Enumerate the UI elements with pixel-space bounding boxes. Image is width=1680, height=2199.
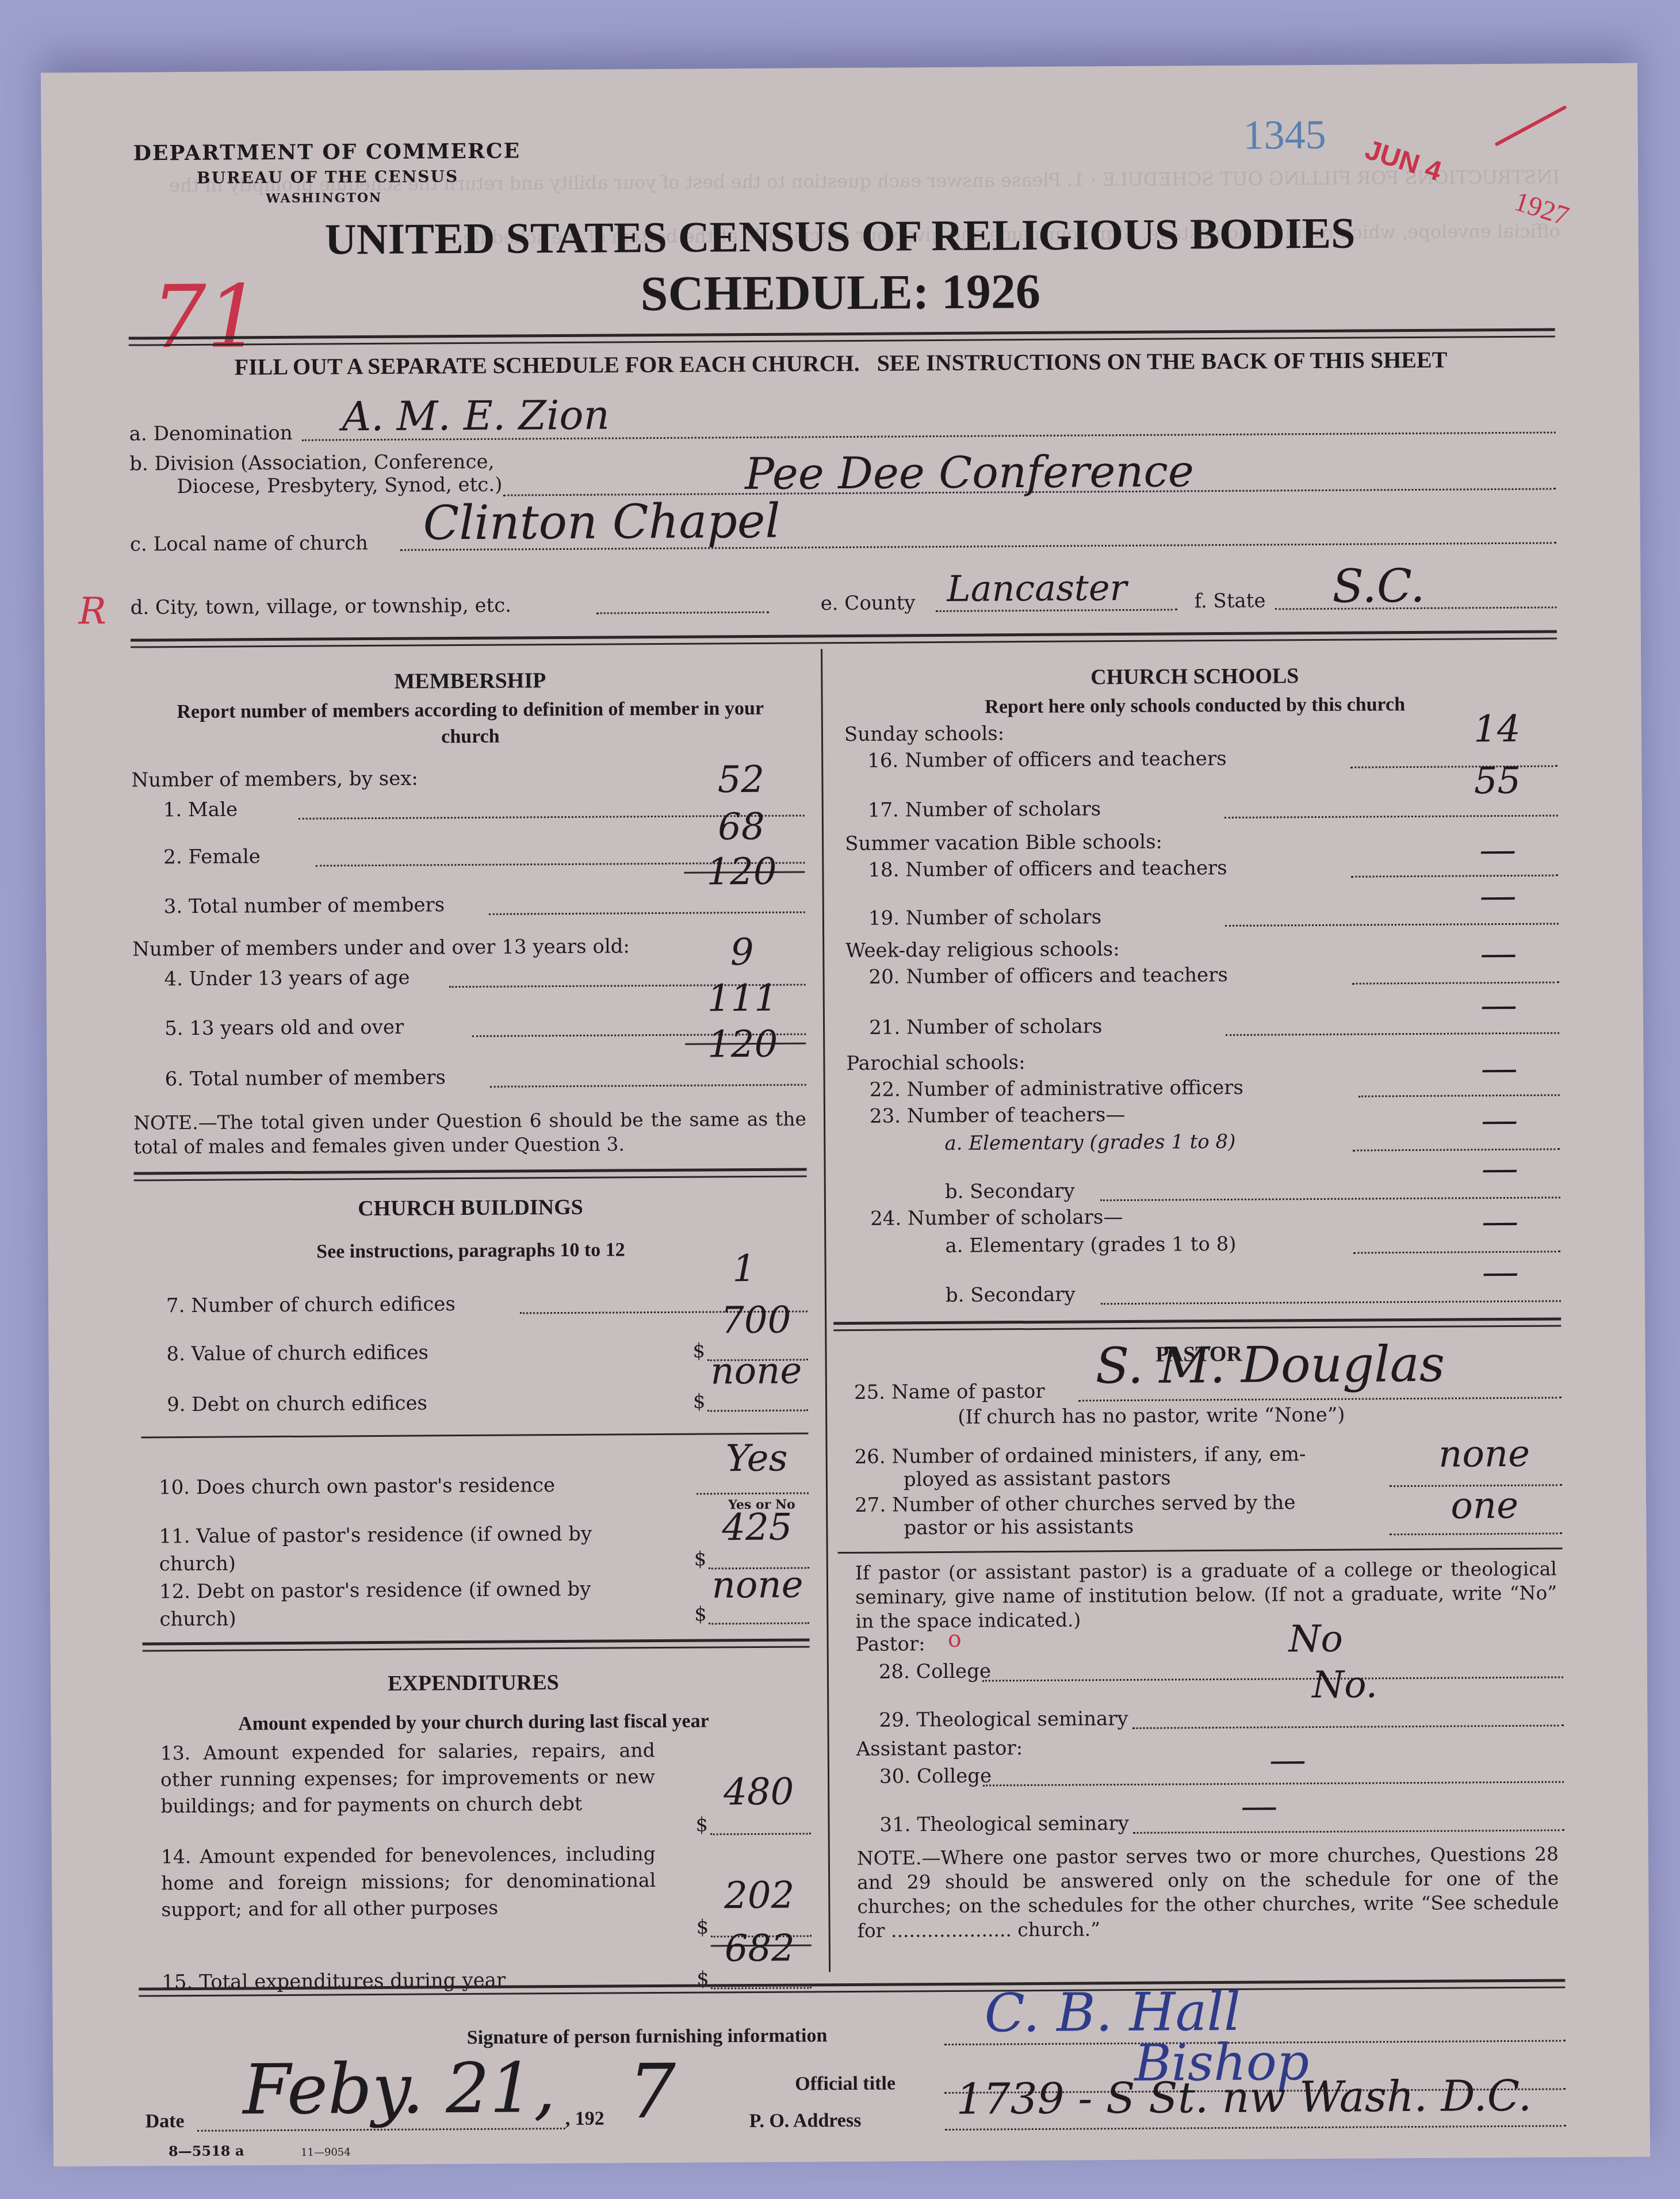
benevolences-label: 14. Amount expended for benevolences, in…	[161, 1841, 656, 1923]
division-label-line2: Diocese, Presbytery, Synod, etc.)	[177, 473, 502, 499]
total-members-2-line	[490, 1084, 806, 1087]
asst-college-label: 30. College	[879, 1764, 992, 1788]
city-line	[596, 611, 769, 614]
print-code: 11—9054	[301, 2146, 351, 2159]
teachers-elementary-field[interactable]: —	[1439, 1099, 1560, 1142]
asst-seminary-line	[1133, 1829, 1564, 1834]
red-annotation-letter: R	[78, 590, 106, 633]
under-13-field[interactable]: 9	[679, 931, 805, 974]
running-expenses-label: 13. Amount expended for salaries, repair…	[160, 1737, 656, 1819]
pastor-name-hint: (If church has no pastor, write “None”)	[958, 1403, 1345, 1429]
college-field[interactable]: No	[1258, 1617, 1373, 1661]
divider	[833, 1317, 1561, 1331]
other-churches-line	[1390, 1532, 1562, 1535]
residence-debt-field[interactable]: none	[700, 1563, 815, 1607]
asst-seminary-label: 31. Theological seminary	[879, 1811, 1129, 1837]
membership-note: NOTE.—The total given under Question 6 s…	[133, 1107, 806, 1159]
red-circle-mark: o	[947, 1626, 961, 1653]
form-subtitle: SCHEDULE: 1926	[42, 259, 1639, 326]
edifices-count-label: 7. Number of church edifices	[166, 1292, 456, 1318]
pastor-name-label: 25. Name of pastor	[854, 1379, 1045, 1405]
admin-officers-line	[1358, 1094, 1560, 1097]
divider	[143, 1638, 810, 1651]
scholars-heading: 24. Number of scholars—	[870, 1205, 1123, 1231]
divider	[131, 630, 1557, 648]
pastor-note: NOTE.—Where one pastor serves two or mor…	[857, 1842, 1559, 1942]
sunday-officers-field[interactable]: 14	[1437, 707, 1557, 751]
over-13-field[interactable]: 111	[679, 977, 806, 1020]
bureau-label: BUREAU OF THE CENSUS	[197, 167, 458, 188]
teachers-secondary-field[interactable]: —	[1439, 1147, 1560, 1190]
membership-heading: MEMBERSHIP	[131, 666, 809, 695]
weekday-schools-heading: Week-day religious schools:	[845, 937, 1120, 963]
ordained-field[interactable]: none	[1406, 1432, 1562, 1476]
buildings-heading: CHURCH BUILDINGS	[134, 1193, 807, 1222]
residence-value-field[interactable]: 425	[699, 1506, 814, 1549]
summer-schools-heading: Summer vacation Bible schools:	[845, 830, 1162, 856]
signature-label: Signature of person furnishing informati…	[467, 2022, 828, 2051]
address-line	[945, 2125, 1566, 2131]
total-members-label: 3. Total number of members	[164, 893, 445, 919]
year-field[interactable]: 7	[628, 2048, 676, 2136]
teachers-elementary-label: a. Elementary (grades 1 to 8)	[944, 1130, 1235, 1156]
year-prefix: , 192	[565, 2106, 604, 2132]
expenditures-subheading: Amount expended by your church during la…	[137, 1707, 810, 1738]
scholars-elementary-field[interactable]: —	[1440, 1200, 1560, 1243]
sunday-scholars-label: 17. Number of scholars	[868, 797, 1101, 822]
city-town-label: d. City, town, village, or township, etc…	[130, 594, 511, 620]
weekday-officers-field[interactable]: —	[1438, 932, 1559, 975]
sunday-officers-label: 16. Number of officers and teachers	[867, 747, 1227, 773]
summer-officers-label: 18. Number of officers and teachers	[868, 856, 1227, 882]
division-label-line1: b. Division (Association, Conference,	[129, 450, 495, 476]
sunday-scholars-line	[1224, 814, 1558, 819]
age-heading: Number of members under and over 13 year…	[132, 934, 630, 961]
by-sex-heading: Number of members, by sex:	[131, 767, 418, 793]
weekday-officers-label: 20. Number of officers and teachers	[868, 963, 1228, 989]
edifices-count-field[interactable]: 1	[680, 1247, 807, 1290]
membership-subheading: Report number of members according to de…	[171, 695, 770, 752]
edifices-value-field[interactable]: 700	[698, 1299, 813, 1342]
edifices-debt-field[interactable]: none	[698, 1349, 813, 1393]
male-count-field[interactable]: 52	[678, 758, 804, 801]
pastor-name-field[interactable]: S. M. Douglas	[1095, 1336, 1445, 1395]
schools-heading: CHURCH SCHOOLS	[832, 661, 1557, 691]
dollar-sign: $	[693, 1389, 706, 1413]
benevolences-field[interactable]: 202	[702, 1874, 817, 1917]
owns-residence-line	[697, 1492, 809, 1494]
summer-scholars-field[interactable]: —	[1437, 874, 1558, 917]
college-label: 28. College	[879, 1659, 991, 1684]
red-check-mark	[1494, 105, 1567, 147]
denomination-field[interactable]: A. M. E. Zion	[342, 391, 610, 440]
running-expenses-field[interactable]: 480	[701, 1770, 816, 1814]
column-divider	[821, 649, 831, 1972]
divider	[129, 328, 1555, 346]
file-number-stamp: 1345	[1243, 111, 1326, 159]
state-field[interactable]: S.C.	[1332, 559, 1425, 613]
male-label: 1. Male	[163, 797, 238, 822]
county-label: e. County	[820, 591, 915, 615]
summer-scholars-label: 19. Number of scholars	[868, 905, 1102, 930]
denomination-label: a. Denomination	[129, 421, 293, 446]
over-13-label: 5. 13 years old and over	[164, 1015, 404, 1041]
graduate-instruction: If pastor (or assistant pastor) is a gra…	[855, 1556, 1557, 1633]
date-field[interactable]: Feby. 21,	[243, 2048, 556, 2130]
total-members-line	[489, 911, 805, 915]
total-members-2-label: 6. Total number of members	[164, 1065, 446, 1091]
residence-debt-label: 12. Debt on pastor's residence (if owned…	[159, 1575, 666, 1633]
residence-debt-line	[709, 1622, 809, 1624]
under-13-label: 4. Under 13 years of age	[164, 966, 410, 992]
expenditures-heading: EXPENDITURES	[137, 1668, 810, 1697]
local-name-field[interactable]: Clinton Chapel	[423, 494, 780, 551]
weekday-scholars-field[interactable]: —	[1438, 984, 1559, 1027]
seminary-label: 29. Theological seminary	[879, 1707, 1128, 1733]
scholars-secondary-label: b. Secondary	[946, 1283, 1076, 1307]
college-line	[982, 1676, 1563, 1681]
asst-seminary-field[interactable]: —	[1201, 1785, 1317, 1828]
summer-scholars-line	[1225, 923, 1559, 927]
other-churches-label-1: 27. Number of other churches served by t…	[855, 1490, 1296, 1517]
census-schedule-document: INSTRUCTIONS FOR FILLING OUT SCHEDULE · …	[41, 63, 1650, 2167]
scholars-elementary-label: a. Elementary (grades 1 to 8)	[945, 1232, 1236, 1258]
ordained-label-2: ployed as assistant pastors	[904, 1466, 1171, 1492]
form-instruction: FILL OUT A SEPARATE SCHEDULE FOR EACH CH…	[43, 345, 1639, 382]
form-number: 8—5518 a	[169, 2142, 244, 2159]
total-members-2-field[interactable]: 120	[679, 1023, 806, 1066]
pastor-name-line	[1078, 1397, 1562, 1401]
official-title-label: Official title	[795, 2071, 896, 2098]
address-field[interactable]: 1739 - S St. nw Wash. D.C.	[956, 2071, 1532, 2124]
city-label: WASHINGTON	[266, 190, 382, 206]
asst-college-field[interactable]: —	[1230, 1739, 1345, 1782]
state-label: f. State	[1194, 589, 1265, 614]
scholars-secondary-field[interactable]: —	[1440, 1250, 1560, 1294]
seminary-line	[1132, 1724, 1564, 1729]
female-count-field[interactable]: 68	[678, 805, 805, 848]
red-annotation-number: 71	[151, 267, 262, 368]
assistant-pastor-subheading: Assistant pastor:	[856, 1736, 1023, 1761]
address-label: P. O. Address	[749, 2108, 862, 2135]
date-label: Date	[146, 2108, 185, 2135]
division-field[interactable]: Pee Dee Conference	[745, 445, 1194, 499]
ordained-label-1: 26. Number of ordained ministers, if any…	[855, 1442, 1306, 1469]
summer-officers-field[interactable]: —	[1437, 828, 1558, 871]
parochial-schools-heading: Parochial schools:	[846, 1050, 1025, 1076]
owns-residence-label: 10. Does church own pastor's residence	[159, 1473, 555, 1500]
admin-officers-label: 22. Number of administrative officers	[870, 1076, 1243, 1102]
department-label: DEPARTMENT OF COMMERCE	[133, 139, 521, 165]
total-expenditures-field[interactable]: 682	[702, 1927, 817, 1970]
edifices-debt-line	[707, 1409, 808, 1412]
other-churches-label-2: pastor or his assistants	[904, 1515, 1134, 1540]
scholars-secondary-line	[1101, 1300, 1561, 1305]
other-churches-field[interactable]: one	[1407, 1484, 1562, 1528]
weekday-scholars-label: 21. Number of scholars	[869, 1014, 1103, 1039]
residence-value-label: 11. Value of pastor's residence (if owne…	[159, 1520, 665, 1578]
local-name-label: c. Local name of church	[130, 531, 368, 557]
pastor-subheading: Pastor:	[855, 1632, 925, 1657]
teachers-heading: 23. Number of teachers—	[870, 1103, 1126, 1129]
divider	[134, 1168, 807, 1181]
edifices-value-label: 8. Value of church edifices	[166, 1340, 428, 1366]
sunday-scholars-field[interactable]: 55	[1437, 759, 1557, 802]
county-field[interactable]: Lancaster	[947, 567, 1127, 610]
edifices-debt-label: 9. Debt on church edifices	[167, 1391, 427, 1417]
admin-officers-field[interactable]: —	[1438, 1047, 1559, 1090]
female-label: 2. Female	[163, 844, 261, 869]
total-members-field[interactable]: 120	[678, 850, 805, 893]
sunday-schools-heading: Sunday schools:	[844, 721, 1005, 747]
owns-residence-field[interactable]: Yes	[699, 1437, 814, 1480]
teachers-secondary-label: b. Secondary	[945, 1179, 1075, 1204]
running-expenses-line	[710, 1833, 811, 1835]
seminary-field[interactable]: No.	[1281, 1663, 1408, 1707]
dollar-sign: $	[695, 1812, 708, 1837]
divider	[838, 1547, 1563, 1554]
weekday-scholars-line	[1226, 1032, 1559, 1036]
form-title: UNITED STATES CENSUS OF RELIGIOUS BODIES	[41, 207, 1638, 267]
